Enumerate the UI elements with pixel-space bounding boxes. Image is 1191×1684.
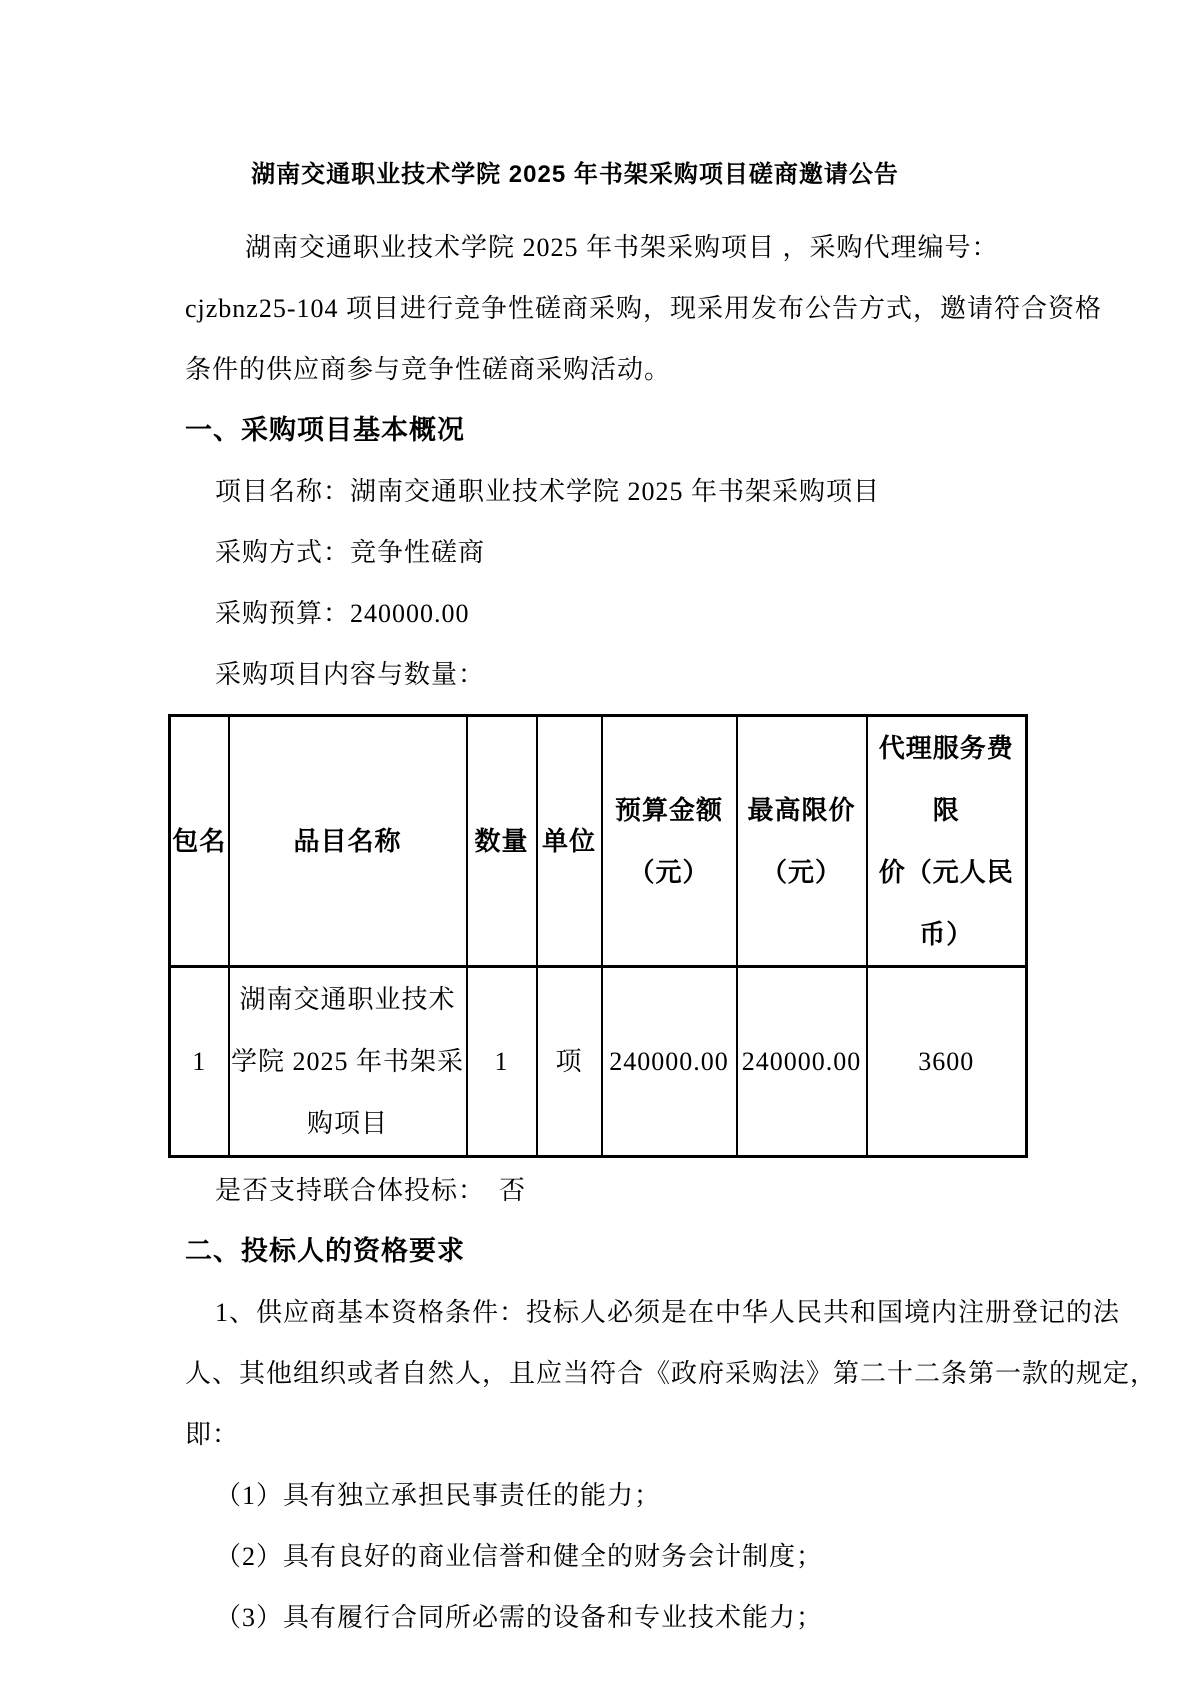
qualification-item-3: （3）具有履行合同所必需的设备和专业技术能力； <box>185 1587 1191 1648</box>
col-header-package: 包名 <box>170 716 229 967</box>
document-content: 湖南交通职业技术学院 2025 年书架采购项目磋商邀请公告 湖南交通职业技术学院… <box>0 0 1191 1648</box>
qualification-para-line-3: 即： <box>185 1404 1191 1465</box>
col-header-quantity: 数量 <box>467 716 537 967</box>
content-quantity-line: 采购项目内容与数量： <box>185 644 1191 705</box>
table-header-row: 包名 品目名称 数量 单位 <box>170 716 1027 967</box>
cell-budget: 240000.00 <box>602 967 737 1157</box>
procurement-method-line: 采购方式：竞争性磋商 <box>185 522 1191 583</box>
intro-line-1: 湖南交通职业技术学院 2025 年书架采购项目 ，采购代理编号： <box>185 217 1191 278</box>
document-title: 湖南交通职业技术学院 2025 年书架采购项目磋商邀请公告 <box>185 144 965 205</box>
cell-quantity: 1 <box>467 967 537 1157</box>
col-header-quantity-label: 数量 <box>468 810 536 872</box>
intro-line-2: cjzbnz25-104 项目进行竞争性磋商采购，现采用发布公告方式，邀请符合资… <box>185 278 1191 339</box>
col-header-package-label: 包名 <box>171 810 228 872</box>
intro-line-3: 条件的供应商参与竞争性磋商采购活动。 <box>185 339 1191 400</box>
col-header-unit: 单位 <box>537 716 602 967</box>
cell-agency-fee: 3600 <box>867 967 1027 1157</box>
project-name-line: 项目名称：湖南交通职业技术学院 2025 年书架采购项目 <box>185 461 1191 522</box>
col-header-max-price-label: 最高限价 <box>738 779 866 841</box>
cell-item-name: 湖南交通职业技术学院 2025 年书架采购项目 <box>229 967 467 1157</box>
qualification-para-line-1: 1、供应商基本资格条件：投标人必须是在中华人民共和国境内注册登记的法 <box>185 1282 1191 1343</box>
cell-max-price: 240000.00 <box>737 967 867 1157</box>
col-header-item-name: 品目名称 <box>229 716 467 967</box>
document-page: 湖南交通职业技术学院 2025 年书架采购项目磋商邀请公告 湖南交通职业技术学院… <box>0 0 1191 1684</box>
col-header-agency-fee: 代理服务费限 价（元人民币） <box>867 716 1027 967</box>
procurement-table: 包名 品目名称 数量 单位 <box>168 714 1028 1158</box>
cell-unit: 项 <box>537 967 602 1157</box>
joint-bid-line: 是否支持联合体投标： 否 <box>185 1160 1191 1221</box>
qualification-item-2: （2）具有良好的商业信誉和健全的财务会计制度； <box>185 1526 1191 1587</box>
col-header-budget: 预算金额 （元） <box>602 716 737 967</box>
qualification-para-line-2: 人、其他组织或者自然人，且应当符合《政府采购法》第二十二条第一款的规定， <box>185 1343 1191 1404</box>
col-header-budget-label: 预算金额 <box>603 779 736 841</box>
section-2-heading: 二、投标人的资格要求 <box>185 1221 1191 1282</box>
col-header-item-name-label: 品目名称 <box>230 810 466 872</box>
table-row: 1 湖南交通职业技术学院 2025 年书架采购项目 1 项 240000.00 … <box>170 967 1027 1157</box>
col-header-max-price: 最高限价 （元） <box>737 716 867 967</box>
qualification-item-1: （1）具有独立承担民事责任的能力； <box>185 1465 1191 1526</box>
col-header-agency-fee-label: 代理服务费限 <box>868 717 1026 841</box>
col-header-unit-label: 单位 <box>538 810 601 872</box>
cell-package: 1 <box>170 967 229 1157</box>
section-1-heading: 一、采购项目基本概况 <box>185 400 1191 461</box>
procurement-budget-line: 采购预算：240000.00 <box>185 583 1191 644</box>
